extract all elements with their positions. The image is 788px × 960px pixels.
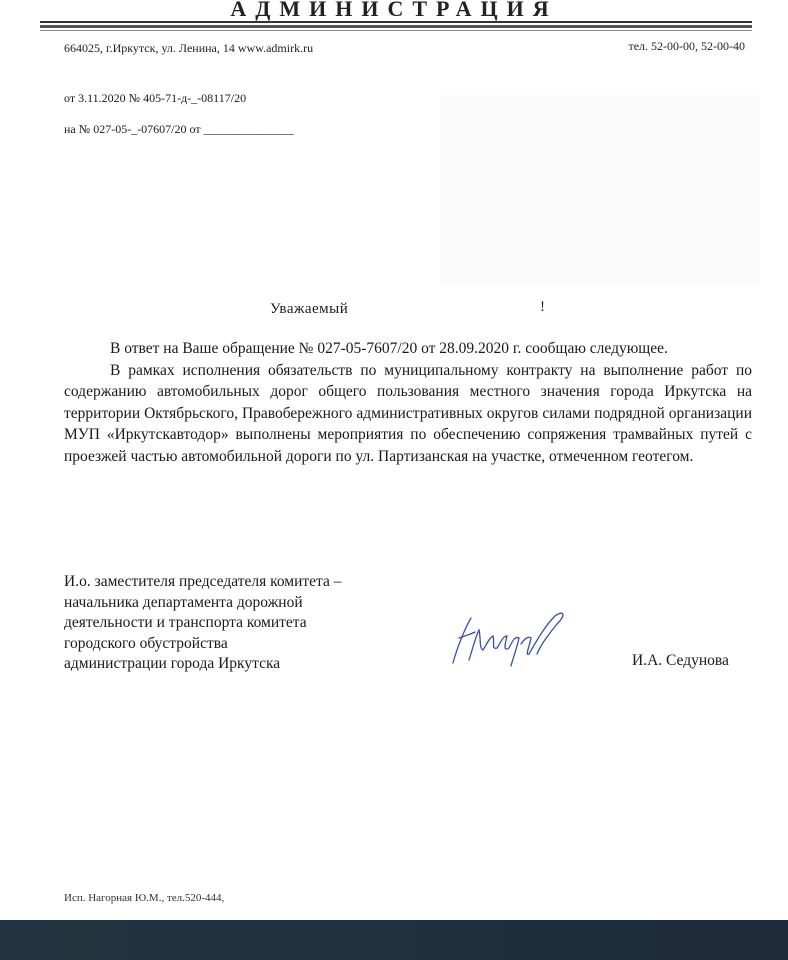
executor-info: Исп. Нагорная Ю.М., тел.520-444, xyxy=(64,892,224,904)
signer-position: И.о. заместителя председателя комитета –… xyxy=(64,572,342,675)
header-address: 664025, г.Иркутск, ул. Ленина, 14 www.ad… xyxy=(64,41,313,56)
header-rule xyxy=(40,30,752,31)
position-line: деятельности и транспорта комитета xyxy=(64,613,342,634)
signer-name: И.А. Седунова xyxy=(632,652,729,670)
incoming-reference: на № 027-05-_-07607/20 от ______________… xyxy=(64,122,294,137)
document-title: АДМИНИСТРАЦИЯ xyxy=(0,0,788,22)
greeting-exclamation: ! xyxy=(540,299,545,316)
header-rule xyxy=(40,21,752,23)
redacted-recipient-area xyxy=(440,95,760,285)
position-line: И.о. заместителя председателя комитета – xyxy=(64,572,342,593)
position-line: начальника департамента дорожной xyxy=(64,593,342,614)
body-paragraph: В рамках исполнения обязательств по муни… xyxy=(64,360,752,468)
position-line: администрации города Иркутска xyxy=(64,654,342,675)
greeting-salutation: Уважаемый xyxy=(270,301,348,318)
header-phone: тел. 52-00-00, 52-00-40 xyxy=(628,39,745,54)
footer-bar xyxy=(0,920,788,960)
letter-body: В ответ на Ваше обращение № 027-05-7607/… xyxy=(64,338,752,468)
header-rule xyxy=(40,25,752,28)
outgoing-reference: от 3.11.2020 № 405-71-д-_-08117/20 xyxy=(64,91,246,106)
handwritten-signature-icon xyxy=(445,608,575,668)
position-line: городского обустройства xyxy=(64,634,342,655)
body-paragraph: В ответ на Ваше обращение № 027-05-7607/… xyxy=(64,338,752,360)
